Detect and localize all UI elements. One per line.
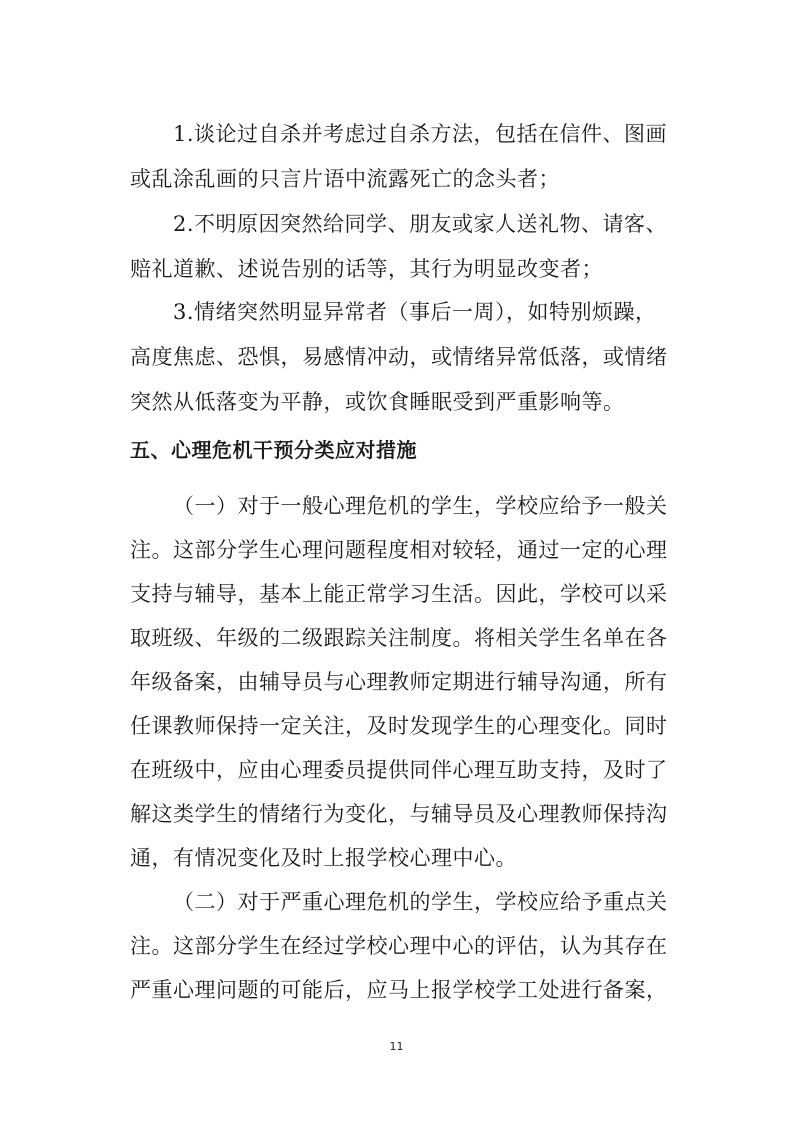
paragraph-1-line-1: （一）对于一般心理危机的学生，学校应给予一般关 bbox=[173, 492, 713, 520]
paragraph-1-line-7: 在班级中，应由心理委员提供同伴心理互助支持，及时了 bbox=[130, 756, 670, 784]
paragraph-2-line-1: （二）对于严重心理危机的学生，学校应给予重点关 bbox=[173, 888, 713, 916]
paragraph-1-line-9: 通，有情况变化及时上报学校心理中心。 bbox=[130, 844, 670, 872]
paragraph-1-line-6: 任课教师保持一定关注，及时发现学生的心理变化。同时 bbox=[130, 712, 670, 740]
page-number: 11 bbox=[0, 1040, 793, 1053]
list-item-1-line-2: 或乱涂乱画的只言片语中流露死亡的念头者； bbox=[130, 165, 670, 193]
paragraph-1-line-4: 取班级、年级的二级跟踪关注制度。将相关学生名单在各 bbox=[130, 624, 670, 652]
document-page: 1.谈论过自杀并考虑过自杀方法，包括在信件、图画 或乱涂乱画的只言片语中流露死亡… bbox=[0, 0, 793, 1122]
list-item-3-line-1: 3.情绪突然明显异常者（事后一周），如特别烦躁， bbox=[173, 298, 713, 326]
section-heading: 五、心理危机干预分类应对措施 bbox=[130, 436, 670, 464]
list-item-3-line-2: 高度焦虑、恐惧，易感情冲动，或情绪异常低落，或情绪 bbox=[130, 343, 670, 371]
paragraph-2-line-3: 严重心理问题的可能后，应马上报学校学工处进行备案， bbox=[130, 976, 670, 1004]
paragraph-1-line-8: 解这类学生的情绪行为变化，与辅导员及心理教师保持沟 bbox=[130, 800, 670, 828]
list-item-2-line-1: 2.不明原因突然给同学、朋友或家人送礼物、请客、 bbox=[173, 210, 713, 238]
paragraph-1-line-2: 注。这部分学生心理问题程度相对较轻，通过一定的心理 bbox=[130, 536, 670, 564]
list-item-2-line-2: 赔礼道歉、述说告别的话等，其行为明显改变者； bbox=[130, 255, 670, 283]
paragraph-1-line-3: 支持与辅导，基本上能正常学习生活。因此，学校可以采 bbox=[130, 580, 670, 608]
list-item-1-line-1: 1.谈论过自杀并考虑过自杀方法，包括在信件、图画 bbox=[173, 120, 713, 148]
paragraph-1-line-5: 年级备案，由辅导员与心理教师定期进行辅导沟通，所有 bbox=[130, 668, 670, 696]
list-item-3-line-3: 突然从低落变为平静，或饮食睡眠受到严重影响等。 bbox=[130, 388, 670, 416]
paragraph-2-line-2: 注。这部分学生在经过学校心理中心的评估，认为其存在 bbox=[130, 932, 670, 960]
